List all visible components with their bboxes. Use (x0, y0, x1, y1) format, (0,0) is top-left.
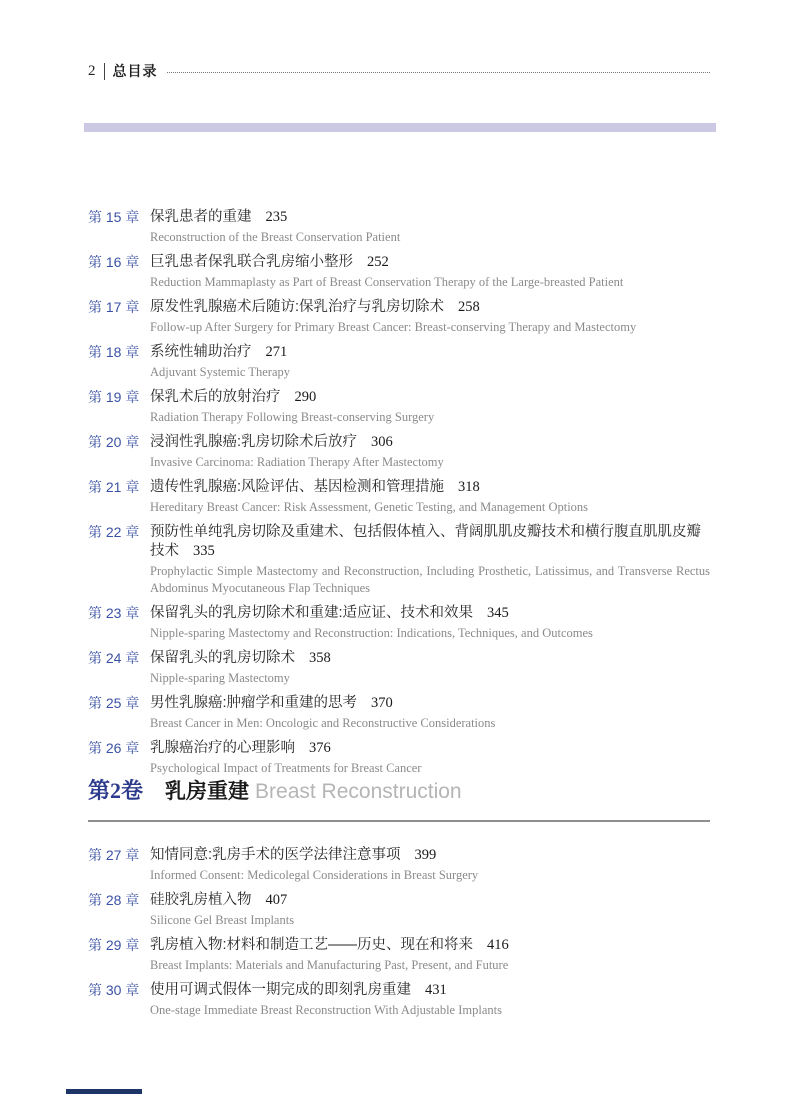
chapter-title-line: 乳房植入物:材料和制造工艺——历史、现在和将来416 (150, 936, 710, 955)
chapter-title-zh: 保乳患者的重建 (150, 209, 252, 225)
chapter-body: 预防性单纯乳房切除及重建术、包括假体植入、背阔肌肌皮瓣技术和横行腹直肌肌皮瓣技术… (150, 523, 710, 597)
chapter-body: 乳腺癌治疗的心理影响376Psychological Impact of Tre… (150, 739, 710, 777)
chapter-label: 第 19 章 (88, 388, 150, 426)
chapter-title-zh: 硅胶乳房植入物 (150, 892, 252, 908)
chapter-list-part2: 第 27 章知情同意:乳房手术的医学法律注意事项399Informed Cons… (88, 846, 710, 1026)
chapter-page-number: 376 (309, 740, 331, 756)
chapter-title-line: 使用可调式假体一期完成的即刻乳房重建431 (150, 981, 710, 1000)
chapter-label: 第 28 章 (88, 891, 150, 929)
chapter-title-zh: 使用可调式假体一期完成的即刻乳房重建 (150, 982, 411, 998)
bottom-decor-bar (66, 1089, 142, 1094)
chapter-title-zh: 乳腺癌治疗的心理影响 (150, 740, 295, 756)
chapter-title-en: One-stage Immediate Breast Reconstructio… (150, 1002, 710, 1019)
toc-entry: 第 29 章乳房植入物:材料和制造工艺——历史、现在和将来416Breast I… (88, 936, 710, 974)
chapter-page-number: 335 (193, 543, 215, 559)
chapter-label: 第 25 章 (88, 694, 150, 732)
toc-entry: 第 24 章保留乳头的乳房切除术358Nipple-sparing Mastec… (88, 649, 710, 687)
chapter-label: 第 22 章 (88, 523, 150, 597)
chapter-title-line: 浸润性乳腺癌:乳房切除术后放疗306 (150, 433, 710, 452)
chapter-label: 第 29 章 (88, 936, 150, 974)
chapter-title-line: 遗传性乳腺癌:风险评估、基因检测和管理措施318 (150, 478, 710, 497)
chapter-title-en: Nipple-sparing Mastectomy (150, 670, 710, 687)
toc-page: 2 总目录 第 15 章保乳患者的重建235Reconstruction of … (0, 0, 806, 1100)
chapter-title-line: 硅胶乳房植入物407 (150, 891, 710, 910)
chapter-title-zh: 遗传性乳腺癌:风险评估、基因检测和管理措施 (150, 479, 444, 495)
toc-entry: 第 23 章保留乳头的乳房切除术和重建:适应证、技术和效果345Nipple-s… (88, 604, 710, 642)
chapter-title-en: Nipple-sparing Mastectomy and Reconstruc… (150, 625, 710, 642)
chapter-body: 乳房植入物:材料和制造工艺——历史、现在和将来416Breast Implant… (150, 936, 710, 974)
chapter-page-number: 271 (266, 344, 288, 360)
toc-entry: 第 21 章遗传性乳腺癌:风险评估、基因检测和管理措施318Hereditary… (88, 478, 710, 516)
toc-entry: 第 20 章浸润性乳腺癌:乳房切除术后放疗306Invasive Carcino… (88, 433, 710, 471)
toc-entry: 第 18 章系统性辅助治疗271Adjuvant Systemic Therap… (88, 343, 710, 381)
chapter-list-part1: 第 15 章保乳患者的重建235Reconstruction of the Br… (88, 208, 710, 784)
chapter-title-zh: 预防性单纯乳房切除及重建术、包括假体植入、背阔肌肌皮瓣技术和横行腹直肌肌皮瓣技术 (150, 524, 701, 559)
chapter-label: 第 27 章 (88, 846, 150, 884)
header-dotted-rule (167, 71, 711, 73)
chapter-label: 第 18 章 (88, 343, 150, 381)
chapter-page-number: 258 (458, 299, 480, 315)
chapter-title-en: Adjuvant Systemic Therapy (150, 364, 710, 381)
chapter-body: 保留乳头的乳房切除术358Nipple-sparing Mastectomy (150, 649, 710, 687)
page-number: 2 (88, 63, 96, 80)
chapter-label: 第 21 章 (88, 478, 150, 516)
chapter-title-line: 保留乳头的乳房切除术358 (150, 649, 710, 668)
chapter-body: 保乳术后的放射治疗290Radiation Therapy Following … (150, 388, 710, 426)
chapter-title-line: 预防性单纯乳房切除及重建术、包括假体植入、背阔肌肌皮瓣技术和横行腹直肌肌皮瓣技术… (150, 523, 710, 561)
volume-title-en: Breast Reconstruction (255, 780, 462, 803)
chapter-body: 浸润性乳腺癌:乳房切除术后放疗306Invasive Carcinoma: Ra… (150, 433, 710, 471)
chapter-title-zh: 原发性乳腺癌术后随访:保乳治疗与乳房切除术 (150, 299, 444, 315)
chapter-title-line: 巨乳患者保乳联合乳房缩小整形252 (150, 253, 710, 272)
chapter-title-en: Reconstruction of the Breast Conservatio… (150, 229, 710, 246)
chapter-page-number: 318 (458, 479, 480, 495)
chapter-title-zh: 保留乳头的乳房切除术 (150, 650, 295, 666)
chapter-title-en: Prophylactic Simple Mastectomy and Recon… (150, 563, 710, 597)
chapter-label: 第 24 章 (88, 649, 150, 687)
chapter-page-number: 399 (415, 847, 437, 863)
volume-title-zh: 乳房重建 (165, 780, 249, 803)
chapter-body: 知情同意:乳房手术的医学法律注意事项399Informed Consent: M… (150, 846, 710, 884)
chapter-page-number: 252 (367, 254, 389, 270)
chapter-body: 保乳患者的重建235Reconstruction of the Breast C… (150, 208, 710, 246)
header-divider (104, 63, 105, 80)
top-decor-bar (84, 123, 716, 132)
volume-label: 第2卷 (88, 778, 143, 803)
chapter-label: 第 30 章 (88, 981, 150, 1019)
chapter-title-line: 乳腺癌治疗的心理影响376 (150, 739, 710, 758)
chapter-page-number: 431 (425, 982, 447, 998)
chapter-label: 第 23 章 (88, 604, 150, 642)
chapter-title-en: Radiation Therapy Following Breast-conse… (150, 409, 710, 426)
chapter-label: 第 26 章 (88, 739, 150, 777)
toc-entry: 第 22 章预防性单纯乳房切除及重建术、包括假体植入、背阔肌肌皮瓣技术和横行腹直… (88, 523, 710, 597)
toc-entry: 第 15 章保乳患者的重建235Reconstruction of the Br… (88, 208, 710, 246)
header-title: 总目录 (113, 61, 158, 81)
toc-entry: 第 25 章男性乳腺癌:肿瘤学和重建的思考370Breast Cancer in… (88, 694, 710, 732)
chapter-title-en: Breast Cancer in Men: Oncologic and Reco… (150, 715, 710, 732)
chapter-label: 第 16 章 (88, 253, 150, 291)
chapter-title-line: 保留乳头的乳房切除术和重建:适应证、技术和效果345 (150, 604, 710, 623)
toc-entry: 第 30 章使用可调式假体一期完成的即刻乳房重建431One-stage Imm… (88, 981, 710, 1019)
chapter-label: 第 20 章 (88, 433, 150, 471)
chapter-body: 遗传性乳腺癌:风险评估、基因检测和管理措施318Hereditary Breas… (150, 478, 710, 516)
toc-entry: 第 19 章保乳术后的放射治疗290Radiation Therapy Foll… (88, 388, 710, 426)
chapter-title-zh: 保乳术后的放射治疗 (150, 389, 281, 405)
chapter-title-zh: 巨乳患者保乳联合乳房缩小整形 (150, 254, 353, 270)
chapter-body: 男性乳腺癌:肿瘤学和重建的思考370Breast Cancer in Men: … (150, 694, 710, 732)
chapter-title-zh: 系统性辅助治疗 (150, 344, 252, 360)
chapter-title-line: 知情同意:乳房手术的医学法律注意事项399 (150, 846, 710, 865)
chapter-title-zh: 浸润性乳腺癌:乳房切除术后放疗 (150, 434, 357, 450)
chapter-title-line: 保乳术后的放射治疗290 (150, 388, 710, 407)
chapter-body: 使用可调式假体一期完成的即刻乳房重建431One-stage Immediate… (150, 981, 710, 1019)
toc-entry: 第 26 章乳腺癌治疗的心理影响376Psychological Impact … (88, 739, 710, 777)
chapter-body: 硅胶乳房植入物407Silicone Gel Breast Implants (150, 891, 710, 929)
chapter-page-number: 306 (371, 434, 393, 450)
chapter-body: 巨乳患者保乳联合乳房缩小整形252Reduction Mammaplasty a… (150, 253, 710, 291)
chapter-body: 保留乳头的乳房切除术和重建:适应证、技术和效果345Nipple-sparing… (150, 604, 710, 642)
chapter-title-en: Informed Consent: Medicolegal Considerat… (150, 867, 710, 884)
chapter-page-number: 235 (266, 209, 288, 225)
chapter-body: 原发性乳腺癌术后随访:保乳治疗与乳房切除术258Follow-up After … (150, 298, 710, 336)
toc-entry: 第 17 章原发性乳腺癌术后随访:保乳治疗与乳房切除术258Follow-up … (88, 298, 710, 336)
chapter-page-number: 290 (295, 389, 317, 405)
chapter-body: 系统性辅助治疗271Adjuvant Systemic Therapy (150, 343, 710, 381)
toc-entry: 第 28 章硅胶乳房植入物407Silicone Gel Breast Impl… (88, 891, 710, 929)
chapter-title-zh: 乳房植入物:材料和制造工艺——历史、现在和将来 (150, 937, 473, 953)
chapter-page-number: 407 (266, 892, 288, 908)
chapter-title-line: 原发性乳腺癌术后随访:保乳治疗与乳房切除术258 (150, 298, 710, 317)
chapter-title-en: Reduction Mammaplasty as Part of Breast … (150, 274, 710, 291)
chapter-title-line: 系统性辅助治疗271 (150, 343, 710, 362)
volume-header: 第2卷乳房重建Breast Reconstruction (88, 776, 710, 809)
toc-entry: 第 16 章巨乳患者保乳联合乳房缩小整形252Reduction Mammapl… (88, 253, 710, 291)
chapter-title-line: 保乳患者的重建235 (150, 208, 710, 227)
chapter-title-zh: 知情同意:乳房手术的医学法律注意事项 (150, 847, 401, 863)
chapter-title-zh: 保留乳头的乳房切除术和重建:适应证、技术和效果 (150, 605, 473, 621)
chapter-page-number: 345 (487, 605, 509, 621)
chapter-title-en: Psychological Impact of Treatments for B… (150, 760, 710, 777)
chapter-title-en: Follow-up After Surgery for Primary Brea… (150, 319, 710, 336)
chapter-title-en: Hereditary Breast Cancer: Risk Assessmen… (150, 499, 710, 516)
chapter-page-number: 416 (487, 937, 509, 953)
running-head: 2 总目录 (88, 61, 710, 81)
chapter-title-en: Silicone Gel Breast Implants (150, 912, 710, 929)
chapter-label: 第 15 章 (88, 208, 150, 246)
chapter-page-number: 370 (371, 695, 393, 711)
volume-rule (88, 820, 710, 822)
chapter-title-zh: 男性乳腺癌:肿瘤学和重建的思考 (150, 695, 357, 711)
chapter-label: 第 17 章 (88, 298, 150, 336)
chapter-title-en: Breast Implants: Materials and Manufactu… (150, 957, 710, 974)
chapter-page-number: 358 (309, 650, 331, 666)
chapter-title-line: 男性乳腺癌:肿瘤学和重建的思考370 (150, 694, 710, 713)
toc-entry: 第 27 章知情同意:乳房手术的医学法律注意事项399Informed Cons… (88, 846, 710, 884)
chapter-title-en: Invasive Carcinoma: Radiation Therapy Af… (150, 454, 710, 471)
